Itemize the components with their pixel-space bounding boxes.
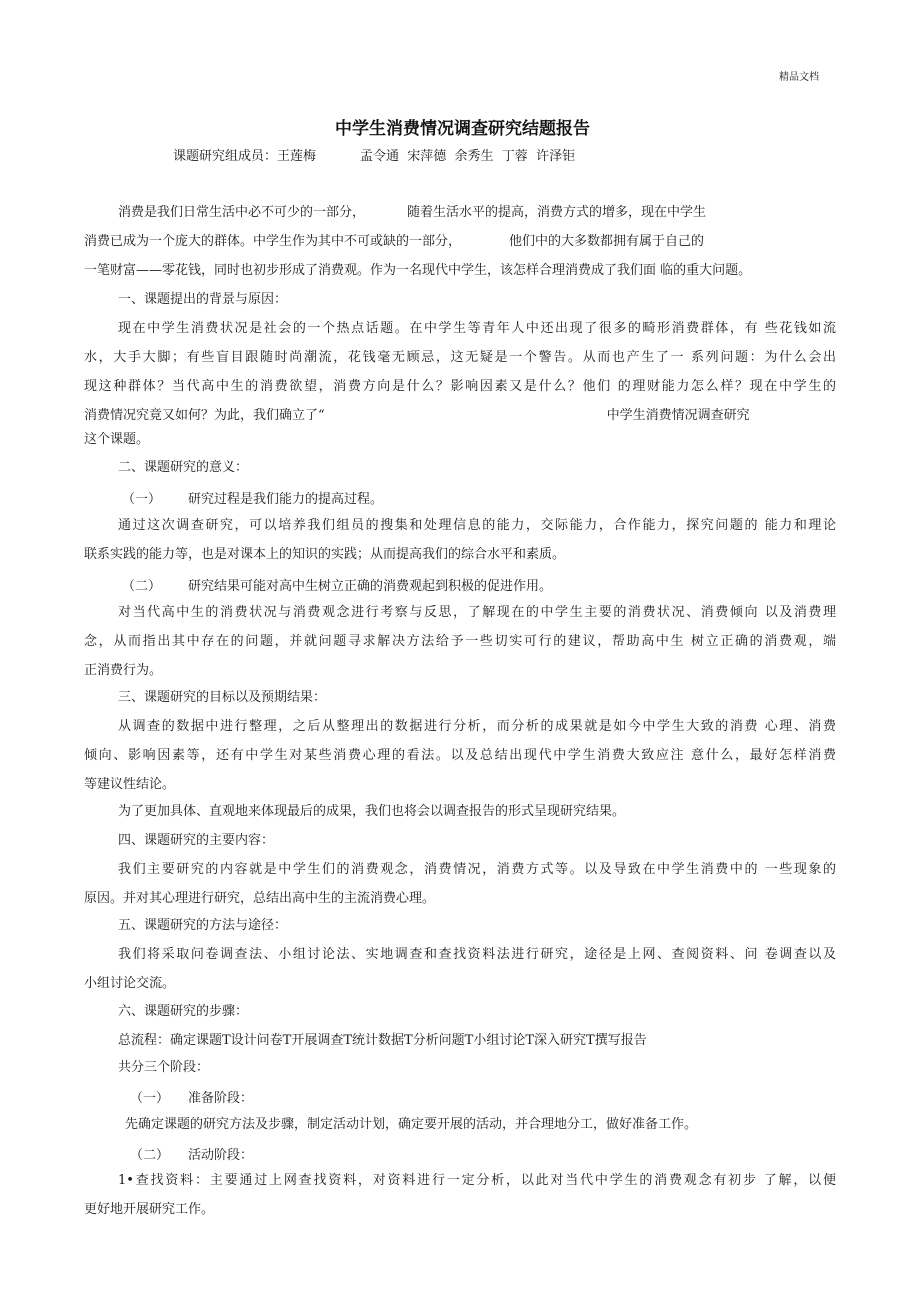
group-members: 课题研究组成员：王莲梅孟令通 宋萍德 余秀生 丁蓉 许泽钜	[173, 145, 575, 164]
intro-line-1: 消费是我们日常生活中必不可少的一部分，随着生活水平的提高，消费方式的增多，现在中…	[118, 204, 836, 222]
s5-line-2: 小组讨论交流。	[84, 975, 836, 993]
s6-sub2-number: （二）	[130, 1144, 169, 1163]
section-6-heading: 六、课题研究的步骤：	[118, 1003, 836, 1021]
s6-sub1-number: （一）	[130, 1087, 169, 1106]
s2-sub2-number: （二）	[122, 575, 161, 594]
watermark-label: 精品文档	[779, 68, 819, 83]
s2-sub2-title: 研究结果可能对高中生树立正确的消费观起到积极的促进作用。	[188, 575, 552, 594]
s6-sub2-title: 活动阶段：	[188, 1144, 253, 1163]
s2-p2-line-3: 正消费行为。	[84, 662, 836, 680]
s2-sub1-title: 研究过程是我们能力的提高过程。	[188, 488, 383, 507]
section-4-heading: 四、课题研究的主要内容：	[118, 832, 836, 850]
s2-sub1-number: （一）	[122, 488, 161, 507]
s3-line-2: 倾向、影响因素等，还有中学生对某些消费心理的看法。以及总结出现代中学生消费大致应…	[84, 747, 836, 765]
members-label: 课题研究组成员：王莲梅	[173, 149, 316, 164]
s3-line-3: 等建议性结论。	[84, 776, 836, 794]
s6-sub1-title: 准备阶段：	[188, 1087, 253, 1106]
document-title: 中学生消费情况调查研究结题报告	[0, 114, 920, 139]
s1-line-5: 这个课题。	[84, 431, 836, 449]
s6-item1-line-1: 1•查找资料：主要通过上网查找资料，对资料进行一定分析，以此对当代中学生的消费观…	[118, 1172, 836, 1190]
s3-line-1: 从调查的数据中进行整理，之后从整理出的数据进行分析，而分析的成果就是如今中学生大…	[118, 718, 836, 736]
s1-line-2: 水，大手大脚；有些盲目跟随时尚潮流，花钱毫无顾忌，这无疑是一个警告。从而也产生了…	[84, 349, 836, 367]
members-list: 孟令通 宋萍德 余秀生 丁蓉 许泽钜	[360, 149, 575, 164]
s4-line-1: 我们主要研究的内容就是中学生们的消费观念，消费情况，消费方式等。以及导致在中学生…	[118, 861, 836, 879]
section-3-heading: 三、课题研究的目标以及预期结果：	[118, 689, 836, 707]
s3-line-4: 为了更加具体、直观地来体现最后的成果，我们也将会以调查报告的形式呈现研究结果。	[118, 803, 836, 821]
s1-line-1: 现在中学生消费状况是社会的一个热点话题。在中学生等青年人中还出现了很多的畸形消费…	[118, 320, 836, 338]
intro-line-3: 一笔财富——零花钱，同时也初步形成了消费观。作为一名现代中学生，该怎样合理消费成…	[84, 262, 836, 280]
s6-item1-line-2: 更好地开展研究工作。	[84, 1201, 836, 1219]
s2-p2-line-2: 念，从而指出其中存在的问题，并就问题寻求解决方法给予一些切实可行的建议，帮助高中…	[84, 633, 836, 651]
s2-p1-line-1: 通过这次调查研究，可以培养我们组员的搜集和处理信息的能力，交际能力，合作能力，探…	[118, 517, 836, 535]
s4-line-2: 原因。并对其心理进行研究，总结出高中生的主流消费心理。	[84, 890, 836, 908]
s2-p1-line-2: 联系实践的能力等，也是对课本上的知识的实践；从而提高我们的综合水平和素质。	[84, 546, 836, 564]
s6-flow: 总流程：确定课题T设计问卷T开展调查T统计数据T分析问题T小组讨论T深入研究T撰…	[118, 1032, 836, 1050]
section-2-heading: 二、课题研究的意义：	[118, 459, 836, 477]
s5-line-1: 我们将采取问卷调查法、小组讨论法、实地调查和查找资料法进行研究，途径是上网、查阅…	[118, 946, 836, 964]
s6-sub1-body: 先确定课题的研究方法及步骤，制定活动计划，确定要开展的活动，并合理地分工，做好准…	[125, 1116, 836, 1134]
s1-line-3: 现这种群体？当代高中生的消费欲望，消费方向是什么？影响因素又是什么？他们 的理财…	[84, 378, 836, 396]
s6-stages: 共分三个阶段：	[118, 1059, 836, 1077]
s1-line-4: 消费情况究竟又如何？为此，我们确立了“中学生消费情况调查研究	[84, 407, 836, 425]
intro-line-2: 消费已成为一个庞大的群体。中学生作为其中不可或缺的一部分，他们中的大多数都拥有属…	[84, 233, 836, 251]
section-1-heading: 一、课题提出的背景与原因：	[118, 291, 836, 309]
section-5-heading: 五、课题研究的方法与途径：	[118, 917, 836, 935]
s2-p2-line-1: 对当代高中生的消费状况与消费观念进行考察与反思，了解现在的中学生主要的消费状况、…	[118, 604, 836, 622]
